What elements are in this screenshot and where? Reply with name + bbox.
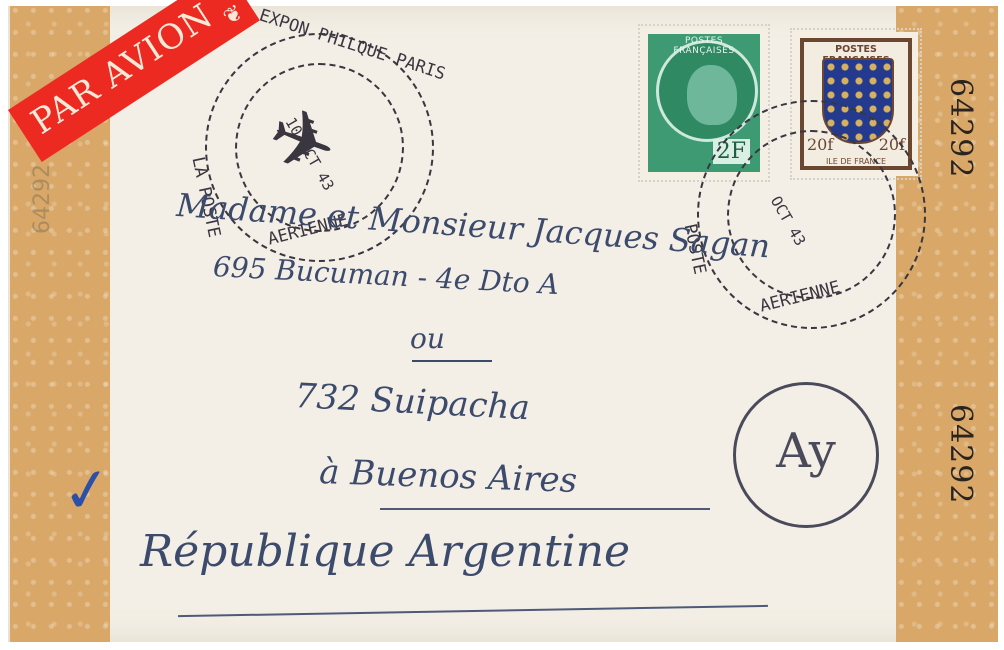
censor-number-bottom: 64292: [943, 404, 978, 504]
underline: [412, 360, 492, 362]
stamp-legend: POSTES FRANÇAISES: [654, 36, 754, 56]
postmark-inner-ring: [727, 130, 896, 299]
address-country: République Argentine: [140, 526, 630, 577]
censor-handstamp: Ay: [733, 382, 879, 528]
censor-mark-text: Ay: [736, 423, 876, 479]
postmark-poste-aerienne: POSTE AERIENNE OCT 43: [697, 100, 926, 329]
faint-tape-stamp: 64292: [30, 164, 55, 234]
address-or: ou: [410, 322, 445, 355]
wing-ornament-icon: ❦: [219, 0, 248, 31]
checkmark-icon: ✓: [57, 453, 117, 529]
underline: [380, 508, 710, 510]
portrait-icon: [687, 65, 737, 125]
censor-number-top: 64292: [943, 78, 978, 178]
